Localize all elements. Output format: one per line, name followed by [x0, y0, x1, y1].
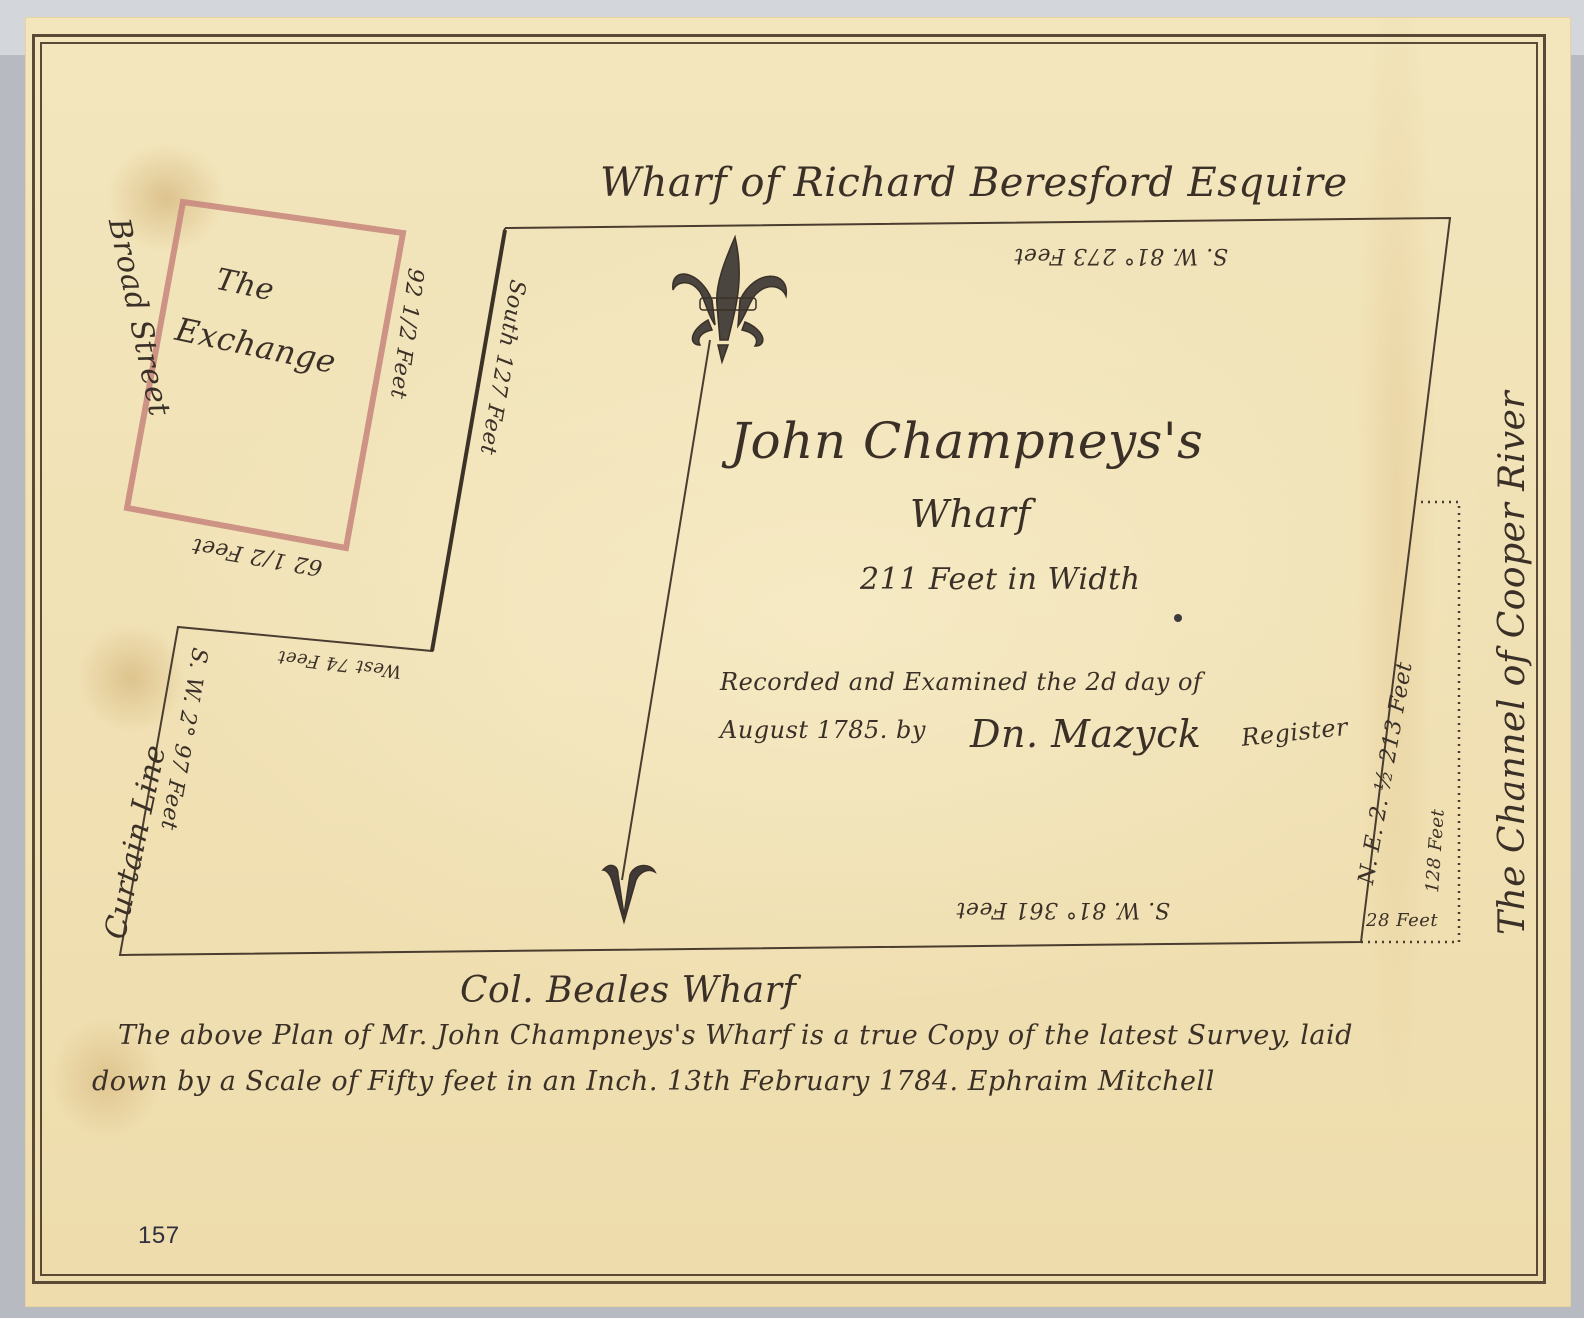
label-south-neighbor: Col. Beales Wharf: [460, 970, 796, 1011]
title-owner: John Champneys's: [730, 412, 1203, 470]
page-number: 157: [138, 1222, 180, 1250]
arrow-tail-icon: [603, 865, 655, 922]
title-width: 211 Feet in Width: [860, 562, 1141, 597]
fleur-de-lis-icon: [673, 237, 787, 362]
label-dotted-south: 28 Feet: [1366, 910, 1438, 931]
title-property: Wharf: [910, 492, 1031, 536]
ink-dot: [1174, 614, 1182, 622]
record-line-2: August 1785. by: [720, 716, 926, 744]
record-line-1: Recorded and Examined the 2d day of: [720, 668, 1202, 696]
label-cooper-river: The Channel of Cooper River: [1492, 391, 1533, 935]
label-north-boundary: S. W. 81° 273 Feet: [1014, 243, 1228, 268]
label-north-neighbor: Wharf of Richard Beresford Esquire: [600, 160, 1348, 206]
certificate-line-2: down by a Scale of Fifty feet in an Inch…: [92, 1066, 1215, 1097]
record-signature: Dn. Mazyck: [970, 712, 1201, 756]
certificate-line-1: The above Plan of Mr. John Champneys's W…: [118, 1020, 1353, 1051]
meridian-line: [622, 340, 710, 880]
wharf-boundary: [120, 218, 1450, 955]
label-south-boundary: S. W. 81° 361 Feet: [956, 897, 1170, 922]
